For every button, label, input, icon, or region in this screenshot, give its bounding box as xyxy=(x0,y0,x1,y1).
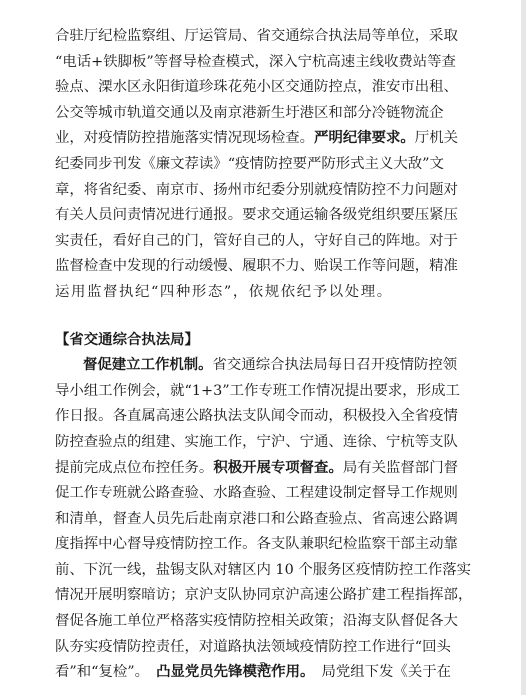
text-run: 提前完成点位布控任务。 xyxy=(55,456,213,482)
text-line: 情况开展明察暗访；京沪支队协同京沪高速公路扩建工程指挥部， xyxy=(55,583,451,609)
text-line: 有关人员问责情况进行通报。要求交通运输各级党组织要压紧压 xyxy=(55,203,451,229)
document-page: 合驻厅纪检监察组、厅运管局、省交通综合执法局等单位，采取 “电话+铁脚板”等督导… xyxy=(55,24,451,686)
text-line: 提前完成点位布控任务。 积极开展专项督查。 局有关监督部门督 xyxy=(55,456,451,482)
text-line: 实责任，看好自己的门，管好自己的人，守好自己的阵地。对于 xyxy=(55,229,451,255)
text-line: “电话+铁脚板”等督导检查模式，深入宁杭高速主线收费站等查 xyxy=(55,50,451,76)
text-line: 业，对疫情防控措施落实情况现场检查。 严明纪律要求。 厅机关 xyxy=(55,126,451,152)
text-run: 局有关监督部门督 xyxy=(343,456,458,482)
text-line: 和清单，督查人员先后赴南京港口和公路查验点、省高速公路调 xyxy=(55,507,451,533)
page-number: —2— xyxy=(0,660,526,676)
text-line: 督促各施工单位严格落实疫情防控相关政策；沿海支队督促各大 xyxy=(55,609,451,635)
text-line: 度指挥中心督导疫情防控工作。各支队兼职纪检监察干部主动靠 xyxy=(55,532,451,558)
text-line: 队夯实疫情防控责任，对道路执法领域疫情防控工作进行“回头 xyxy=(55,635,451,661)
text-run: 省交通综合执法局每日召开疫情防控领 xyxy=(213,353,458,379)
text-line: 防控查验点的组建、实施工作，宁沪、宁通、连徐、宁杭等支队 xyxy=(55,430,451,456)
paragraph-discipline: 合驻厅纪检监察组、厅运管局、省交通综合执法局等单位，采取 “电话+铁脚板”等督导… xyxy=(55,24,451,306)
text-line: 作日报。各直属高速公路执法支队闻令而动，积极投入全省疫情 xyxy=(55,404,451,430)
bold-heading-inline: 积极开展专项督查。 xyxy=(213,456,343,482)
text-line: 促工作专班就公路查验、水路查验、工程建设制定督导工作规则 xyxy=(55,481,451,507)
text-line: 导小组工作例会，就“1+3”工作专班工作情况提出要求，形成工 xyxy=(55,379,451,405)
text-run: 厅机关 xyxy=(415,126,458,152)
text-line: 纪委同步刊发《廉文荐读》“疫情防控要严防形式主义大敌”文 xyxy=(55,152,451,178)
text-run: 业，对疫情防控措施落实情况现场检查。 xyxy=(55,126,314,152)
text-line: 合驻厅纪检监察组、厅运管局、省交通综合执法局等单位，采取 xyxy=(55,24,451,50)
scrollbar-track[interactable] xyxy=(521,0,526,695)
paragraph-enforcement-bureau: 督促建立工作机制。 省交通综合执法局每日召开疫情防控领 导小组工作例会，就“1+… xyxy=(55,353,451,686)
text-line: 督促建立工作机制。 省交通综合执法局每日召开疫情防控领 xyxy=(55,353,451,379)
text-line: 章，将省纪委、南京市、扬州市纪委分别就疫情防控不力问题对 xyxy=(55,178,451,204)
text-line: 监督检查中发现的行动缓慢、履职不力、贻误工作等问题，精准 xyxy=(55,254,451,280)
text-line: 验点、溧水区永阳街道珍珠花苑小区交通防控点，淮安市出租、 xyxy=(55,75,451,101)
bold-heading-inline: 督促建立工作机制。 xyxy=(83,353,213,379)
text-line: 运用监督执纪“四种形态”，依规依纪予以处理。 xyxy=(55,280,451,306)
bold-heading-inline: 严明纪律要求。 xyxy=(314,126,415,152)
section-heading: 【省交通综合执法局】 xyxy=(55,328,451,354)
text-line: 前、下沉一线，盐锡支队对辖区内 10 个服务区疫情防控工作落实 xyxy=(55,558,451,584)
text-line: 公交等城市轨道交通以及南京港新生圩港区和部分冷链物流企 xyxy=(55,101,451,127)
